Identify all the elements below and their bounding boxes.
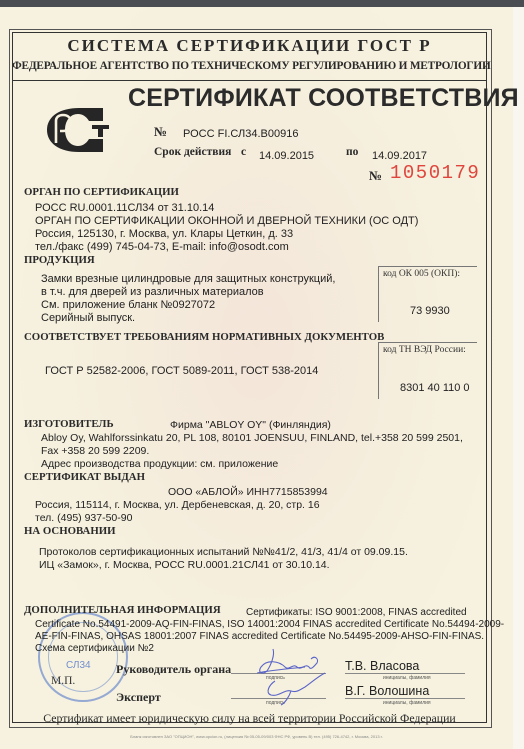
manufacturer-line: Fax +358 20 599 2209. — [41, 445, 149, 458]
stamp-code: СЛ34 — [66, 660, 91, 671]
certification-body-heading: ОРГАН ПО СЕРТИФИКАЦИИ — [24, 186, 179, 198]
blank-number-label: № — [369, 168, 382, 184]
okp-code-box: код ОК 005 (ОКП): 73 9930 — [378, 266, 477, 322]
handwritten-signatures — [245, 645, 335, 707]
issued-to-name: ООО «АБЛОЙ» ИНН7715853994 — [168, 486, 328, 499]
cert-body-line: ОРГАН ПО СЕРТИФИКАЦИИ ОКОННОЙ И ДВЕРНОЙ … — [35, 215, 418, 228]
product-line: См. приложение бланк №0927072 — [41, 299, 215, 312]
expert-name-line — [345, 698, 465, 699]
manufacturer-name: Фирма "ABLOY OY" (Финляндия) — [170, 419, 331, 432]
expert-name-caption: инициалы, фамилия — [383, 700, 431, 706]
expert-label: Эксперт — [116, 690, 161, 705]
product-line: Замки врезные цилиндровые для защитных к… — [41, 273, 335, 286]
validity-to-date: 14.09.2017 — [372, 150, 427, 162]
certification-system-heading: СИСТЕМА СЕРТИФИКАЦИИ ГОСТ Р — [12, 36, 487, 56]
basis-line: ИЦ «Замок», г. Москва, РОСС RU.0001.21СЛ… — [39, 559, 330, 572]
certificate-title: СЕРТИФИКАТ СООТВЕТСТВИЯ — [128, 84, 519, 113]
product-heading: ПРОДУКЦИЯ — [24, 254, 95, 266]
tnved-code-caption: код ТН ВЭД России: — [383, 345, 466, 355]
expert-name: В.Г. Волошина — [345, 684, 429, 698]
federal-agency-heading: ФЕДЕРАЛЬНОЕ АГЕНТСТВО ПО ТЕХНИЧЕСКОМУ РЕ… — [12, 60, 487, 72]
cert-body-line: Россия, 125130, г. Москва, ул. Клары Цет… — [35, 228, 293, 241]
manufacturer-line: Abloy Oy, Wahlforssinkatu 20, PL 108, 80… — [41, 432, 463, 445]
blank-serial-number: 1050179 — [390, 162, 480, 184]
manufacturer-heading: ИЗГОТОВИТЕЛЬ — [24, 418, 114, 430]
manufacturer-line: Адрес производства продукции: см. прилож… — [41, 458, 278, 471]
cert-body-line: тел./факс (499) 745-04-73, E-mail: info@… — [35, 241, 289, 254]
standards-list: ГОСТ Р 52582-2006, ГОСТ 5089-2011, ГОСТ … — [45, 365, 318, 378]
head-name: Т.В. Власова — [345, 659, 419, 673]
okp-code-caption: код ОК 005 (ОКП): — [383, 269, 460, 279]
printer-note: Бланк изготовлен ЗАО "ОПЦИОН", www.opcio… — [0, 734, 513, 739]
certificate-number: РОСС FI.СЛ34.В00916 — [183, 128, 298, 140]
okp-code-value: 73 9930 — [410, 305, 450, 317]
additional-info-line: Схема сертификации №2 — [35, 642, 154, 655]
rst-gost-mark-icon — [45, 106, 113, 154]
validity-label: Срок действия — [154, 146, 231, 158]
tnved-code-box: код ТН ВЭД России: 8301 40 110 0 — [378, 342, 477, 399]
page-edge — [513, 7, 524, 749]
header-divider — [13, 80, 486, 81]
product-line: Серийный выпуск. — [41, 312, 135, 325]
number-label: № — [154, 124, 167, 140]
cert-body-line: РОСС RU.0001.11СЛ34 от 31.10.14 — [35, 202, 214, 215]
window-top-bar — [0, 0, 524, 7]
additional-info-heading: ДОПОЛНИТЕЛЬНАЯ ИНФОРМАЦИЯ — [24, 604, 221, 616]
head-of-body-label: Руководитель органа — [116, 662, 231, 677]
validity-to-label: по — [346, 146, 358, 158]
validity-from-label: с — [241, 146, 246, 158]
validity-from-date: 14.09.2015 — [259, 150, 314, 162]
compliance-heading: СООТВЕТСТВУЕТ ТРЕБОВАНИЯМ НОРМАТИВНЫХ ДО… — [24, 331, 384, 343]
validity-statement: Сертификат имеет юридическую силу на все… — [12, 711, 487, 726]
basis-heading: НА ОСНОВАНИИ — [24, 525, 116, 537]
issued-to-line: тел. (495) 937-50-90 — [35, 512, 132, 525]
issued-to-heading: СЕРТИФИКАТ ВЫДАН — [24, 471, 145, 483]
issued-to-line: Россия, 115114, г. Москва, ул. Дербеневс… — [35, 499, 320, 512]
stamp-place-label: М.П. — [51, 675, 75, 687]
tnved-code-value: 8301 40 110 0 — [400, 382, 470, 394]
basis-line: Протоколов сертификационных испытаний №№… — [39, 546, 408, 559]
head-name-line — [345, 673, 465, 674]
product-line: в т.ч. для дверей из различных материало… — [41, 286, 264, 299]
head-name-caption: инициалы, фамилия — [383, 675, 431, 681]
